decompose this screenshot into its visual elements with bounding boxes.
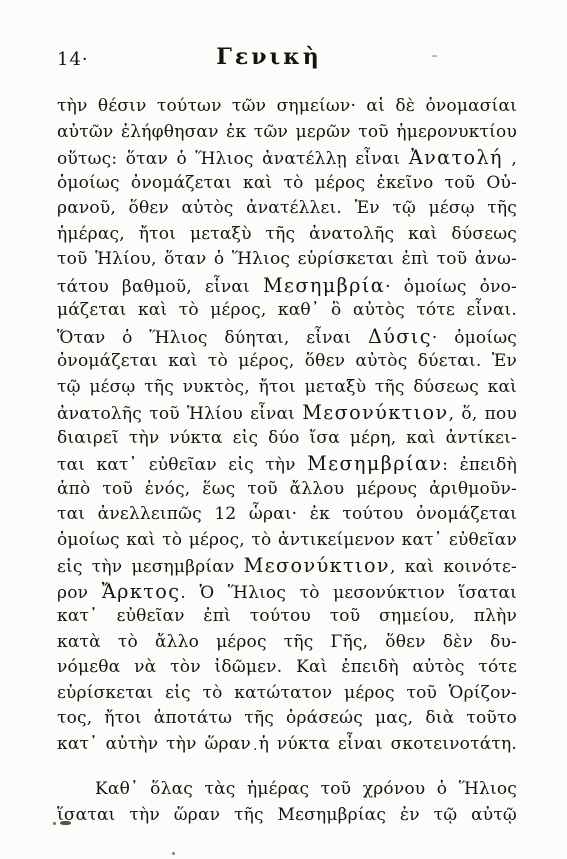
text-line: τῷ μέσῳ τῆς νυκτὸς, ἤτοι μεταξὺ τῆς δύσε… xyxy=(57,375,517,401)
ink-speck xyxy=(53,822,56,825)
emphasized-term: Μεσονύκτιον xyxy=(244,554,390,577)
body-text: τὴν θέσιν τούτων τῶν σημείων· αἱ δὲ ὀνομ… xyxy=(57,94,517,828)
text-line: ἀπὸ τοῦ ἑνός, ἕως τοῦ ἄλλου μέρους ἀριθμ… xyxy=(57,477,517,503)
text-line: νόμεθα νὰ τὸν ἰδῶμεν. Καὶ ἐπειδὴ αὐτὸς τ… xyxy=(57,655,517,681)
emphasized-term: Δύσις xyxy=(368,325,432,348)
text-line: αὐτῶν ἐλήφθησαν ἐκ τῶν μερῶν τοῦ ἡμερονυ… xyxy=(57,120,517,146)
text-line: ἡμέρας, ἤτοι μεταξὺ τῆς ἀνατολῆς καὶ δύσ… xyxy=(57,222,517,248)
emphasized-term: Ἀνατολή xyxy=(409,146,503,169)
emphasized-term: Μεσημβρίαν xyxy=(307,452,442,475)
page-header: 14· Γενικὴ xyxy=(57,44,517,74)
paragraph: Καθ᾽ ὅλας τὰς ἡμέρας τοῦ χρόνου ὁ Ἥλιος … xyxy=(57,777,517,828)
text-line: ὁμοίως καὶ τὸ μέρος, τὸ ἀντικείμενον κατ… xyxy=(57,528,517,554)
text-line: κατ᾽ αὐτὴν τὴν ὥραν ἡ νύκτα εἶναι σκοτει… xyxy=(57,732,517,758)
section-divider-dot: · xyxy=(253,742,257,758)
text-line: κατὰ τὸ ἄλλο μέρος τῆς Γῆς, ὅθεν δὲν δυ- xyxy=(57,630,517,656)
emphasized-term: Ἄρκτος xyxy=(102,580,181,603)
emphasized-term: Μεσονύκτιον xyxy=(302,401,448,424)
text-line: ὀνομάζεται καὶ τὸ μέρος, ὅθεν αὐτὸς δύετ… xyxy=(57,349,517,375)
ink-speck xyxy=(60,821,71,825)
text-line: κατ᾽ εὐθεῖαν ἐπὶ τούτου τοῦ σημείου, πλὴ… xyxy=(57,604,517,630)
ink-speck xyxy=(172,852,175,855)
text-line: εὑρίσκεται εἰς τὸ κατώτατον μέρος τοῦ Ὁρ… xyxy=(57,681,517,707)
text-line: ρον Ἄρκτος. Ὁ Ἥλιος τὸ μεσονύκτιον ἵσατα… xyxy=(57,579,517,605)
text-line: ὁμοίως ὀνομάζεται καὶ τὸ μέρος ἐκεῖνο το… xyxy=(57,171,517,197)
text-line: Ὅταν ὁ Ἥλιος δύηται, εἶναι Δύσις· ὁμοίως xyxy=(57,324,517,350)
emphasized-term: Μεσημβρία xyxy=(263,274,385,297)
text-line: μάζεται καὶ τὸ μέρος, καθ᾽ ὃ αὐτὸς τότε … xyxy=(57,298,517,324)
text-line: ἵσαται τὴν ὥραν τῆς Μεσημβρίας ἐν τῷ αὐτ… xyxy=(57,803,517,829)
text-line: τος, ἤτοι ἀποτάτω τῆς ὁράσεώς μας, διὰ τ… xyxy=(57,706,517,732)
text-line: τάτου βαθμοῦ, εἶναι Μεσημβρία· ὁμοίως ὀν… xyxy=(57,273,517,299)
text-line: διαιρεῖ τὴν νύκτα εἰς δύο ἴσα μέρη, καὶ … xyxy=(57,426,517,452)
text-line: ται κατ᾽ εὐθεῖαν εἰς τὴν Μεσημβρίαν: ἐπε… xyxy=(57,451,517,477)
text-line: οὕτως: ὅταν ὁ Ἥλιος ἀνατέλλῃ εἶναι Ἀνατο… xyxy=(57,145,517,171)
book-page-scan: 14· Γενικὴ τὴν θέσιν τούτων τῶν σημείων·… xyxy=(0,0,567,859)
paragraph: τὴν θέσιν τούτων τῶν σημείων· αἱ δὲ ὀνομ… xyxy=(57,94,517,757)
text-line: ρανοῦ, ὅθεν αὐτὸς ἀνατέλλει. Ἐν τῷ μέσῳ … xyxy=(57,196,517,222)
text-line: ται ἀνελλειπῶς 12 ὧραι· ἐκ τούτου ὀνομάζ… xyxy=(57,502,517,528)
text-line: τοῦ Ἡλίου, ὅταν ὁ Ἥλιος εὑρίσκεται ἐπὶ τ… xyxy=(57,247,517,273)
ink-speck xyxy=(432,55,437,57)
text-line: τὴν θέσιν τούτων τῶν σημείων· αἱ δὲ ὀνομ… xyxy=(57,94,517,120)
text-line: ἀνατολῆς τοῦ Ἡλίου εἶναι Μεσονύκτιον, ὅ,… xyxy=(57,400,517,426)
text-line: εἰς τὴν μεσημβρίαν Μεσονύκτιον, καὶ κοιν… xyxy=(57,553,517,579)
running-head: Γενικὴ xyxy=(39,44,499,70)
text-line: Καθ᾽ ὅλας τὰς ἡμέρας τοῦ χρόνου ὁ Ἥλιος xyxy=(57,777,517,803)
